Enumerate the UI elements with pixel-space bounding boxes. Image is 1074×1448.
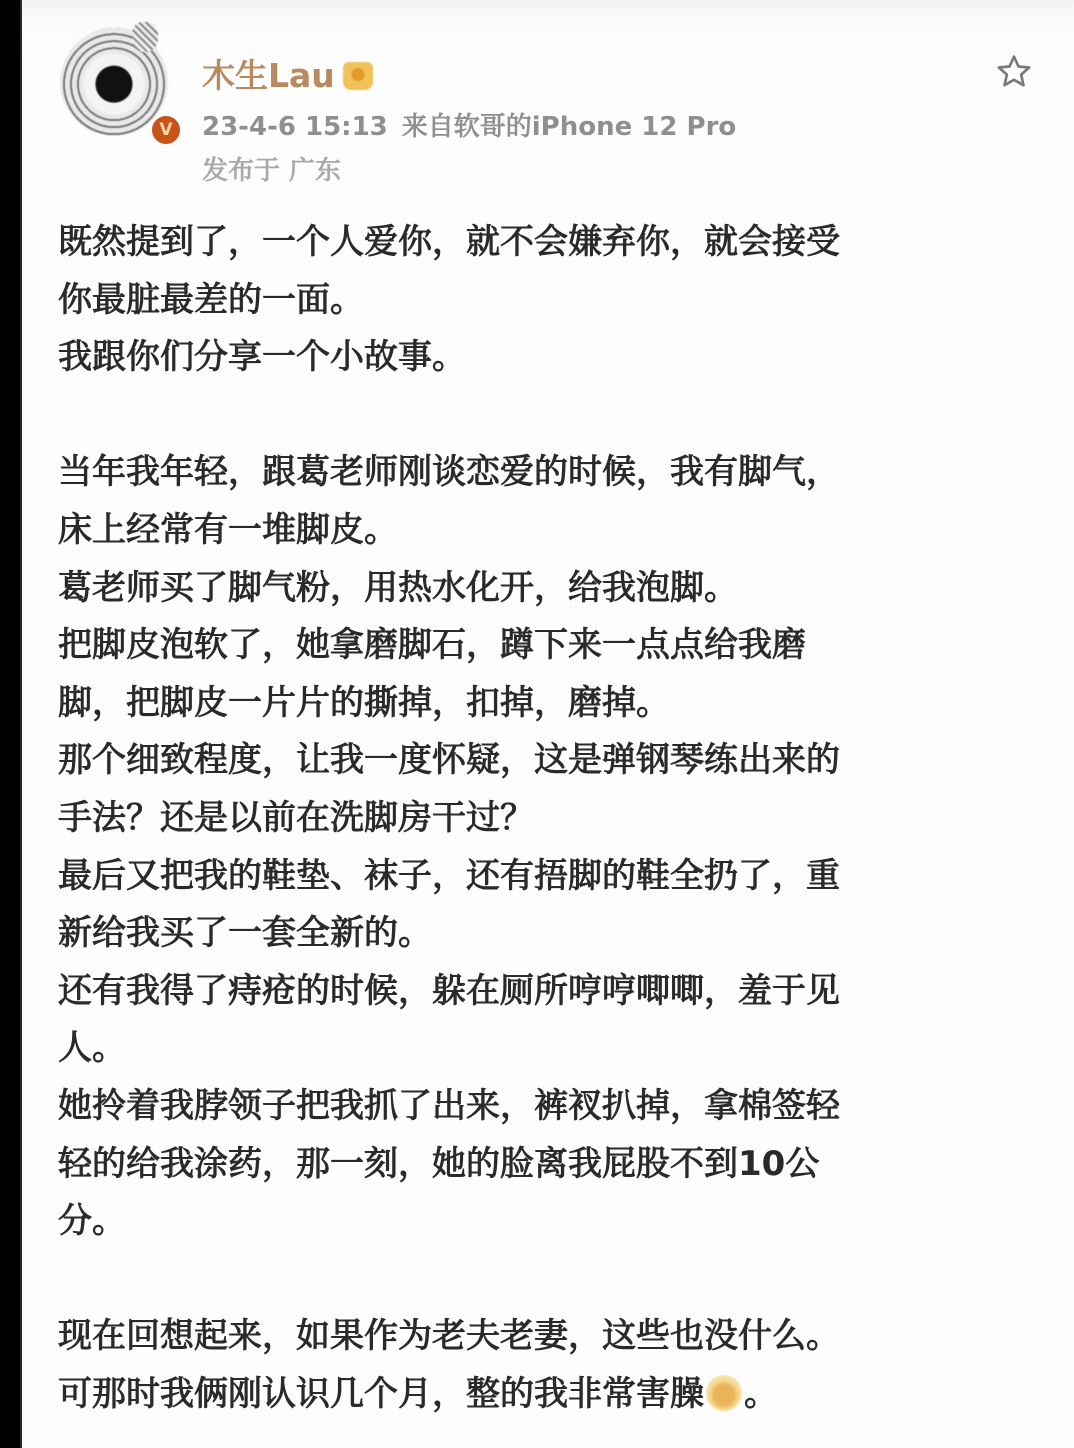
text-line: 你最脏最差的一面。 xyxy=(58,272,1058,330)
paragraph-2: 当年我年轻，跟葛老师刚谈恋爱的时候，我有脚气， 床上经常有一堆脚皮。 葛老师买了… xyxy=(58,444,1058,1250)
text-line: 把脚皮泡软了，她拿磨脚石，蹲下来一点点给我磨 xyxy=(58,617,1058,675)
paragraph-3: 现在回想起来，如果作为老夫老妻，这些也没什么。 可那时我俩刚认识几个月，整的我非… xyxy=(58,1308,1058,1423)
post-header: V 木生Lau 23-4-6 15:13来自软哥的iPhone 12 Pro 发… xyxy=(22,0,1074,200)
post-location: 发布于 广东 xyxy=(202,150,341,187)
weibo-post-card: V 木生Lau 23-4-6 15:13来自软哥的iPhone 12 Pro 发… xyxy=(20,0,1074,1448)
text-line: 人。 xyxy=(58,1020,1058,1078)
text-line: 分。 xyxy=(58,1193,1058,1251)
text-fragment: 。 xyxy=(744,1374,778,1414)
text-line: 轻的给我涂药，那一刻，她的脸离我屁股不到10公 xyxy=(58,1136,1058,1194)
paragraph-1: 既然提到了，一个人爱你，就不会嫌弃你，就会接受 你最脏最差的一面。 我跟你们分享… xyxy=(58,214,1058,387)
text-line: 新给我买了一套全新的。 xyxy=(58,905,1058,963)
verified-v-icon: V xyxy=(150,114,182,146)
shy-emoji-icon xyxy=(706,1375,742,1411)
favorite-button[interactable] xyxy=(992,50,1036,94)
text-line: 那个细致程度，让我一度怀疑，这是弹钢琴练出来的 xyxy=(58,732,1058,790)
text-line: 床上经常有一堆脚皮。 xyxy=(58,502,1058,560)
author-name-text: 木生Lau xyxy=(202,50,335,97)
avatar-decoration-icon xyxy=(132,22,158,52)
text-line: 脚，把脚皮一片片的撕掉，扣掉，磨掉。 xyxy=(58,675,1058,733)
text-line-with-emoji: 可那时我俩刚认识几个月，整的我非常害臊。 xyxy=(58,1366,1058,1424)
text-line: 我跟你们分享一个小故事。 xyxy=(58,329,1058,387)
post-source: 来自软哥的iPhone 12 Pro xyxy=(402,112,737,142)
crown-badge-icon xyxy=(343,62,373,90)
author-name[interactable]: 木生Lau xyxy=(202,50,373,97)
text-line: 她拎着我脖领子把我抓了出来，裤衩扒掉，拿棉签轻 xyxy=(58,1078,1058,1136)
left-black-edge xyxy=(0,0,20,1448)
paragraph-gap xyxy=(58,1251,1058,1309)
text-line: 既然提到了，一个人爱你，就不会嫌弃你，就会接受 xyxy=(58,214,1058,272)
paragraph-gap xyxy=(58,387,1058,445)
text-line: 还有我得了痔疮的时候，躲在厕所哼哼唧唧，羞于见 xyxy=(58,963,1058,1021)
post-timestamp: 23-4-6 15:13 xyxy=(202,112,388,142)
post-meta: 23-4-6 15:13来自软哥的iPhone 12 Pro xyxy=(202,106,736,143)
text-line: 现在回想起来，如果作为老夫老妻，这些也没什么。 xyxy=(58,1308,1058,1366)
text-line: 葛老师买了脚气粉，用热水化开，给我泡脚。 xyxy=(58,560,1058,618)
star-outline-icon xyxy=(994,52,1034,92)
text-line: 当年我年轻，跟葛老师刚谈恋爱的时候，我有脚气， xyxy=(58,444,1058,502)
text-line: 最后又把我的鞋垫、袜子，还有捂脚的鞋全扔了，重 xyxy=(58,848,1058,906)
text-fragment: 可那时我俩刚认识几个月，整的我非常害臊 xyxy=(58,1374,704,1414)
post-body: 既然提到了，一个人爱你，就不会嫌弃你，就会接受 你最脏最差的一面。 我跟你们分享… xyxy=(58,214,1058,1423)
text-line: 手法？还是以前在洗脚房干过？ xyxy=(58,790,1058,848)
